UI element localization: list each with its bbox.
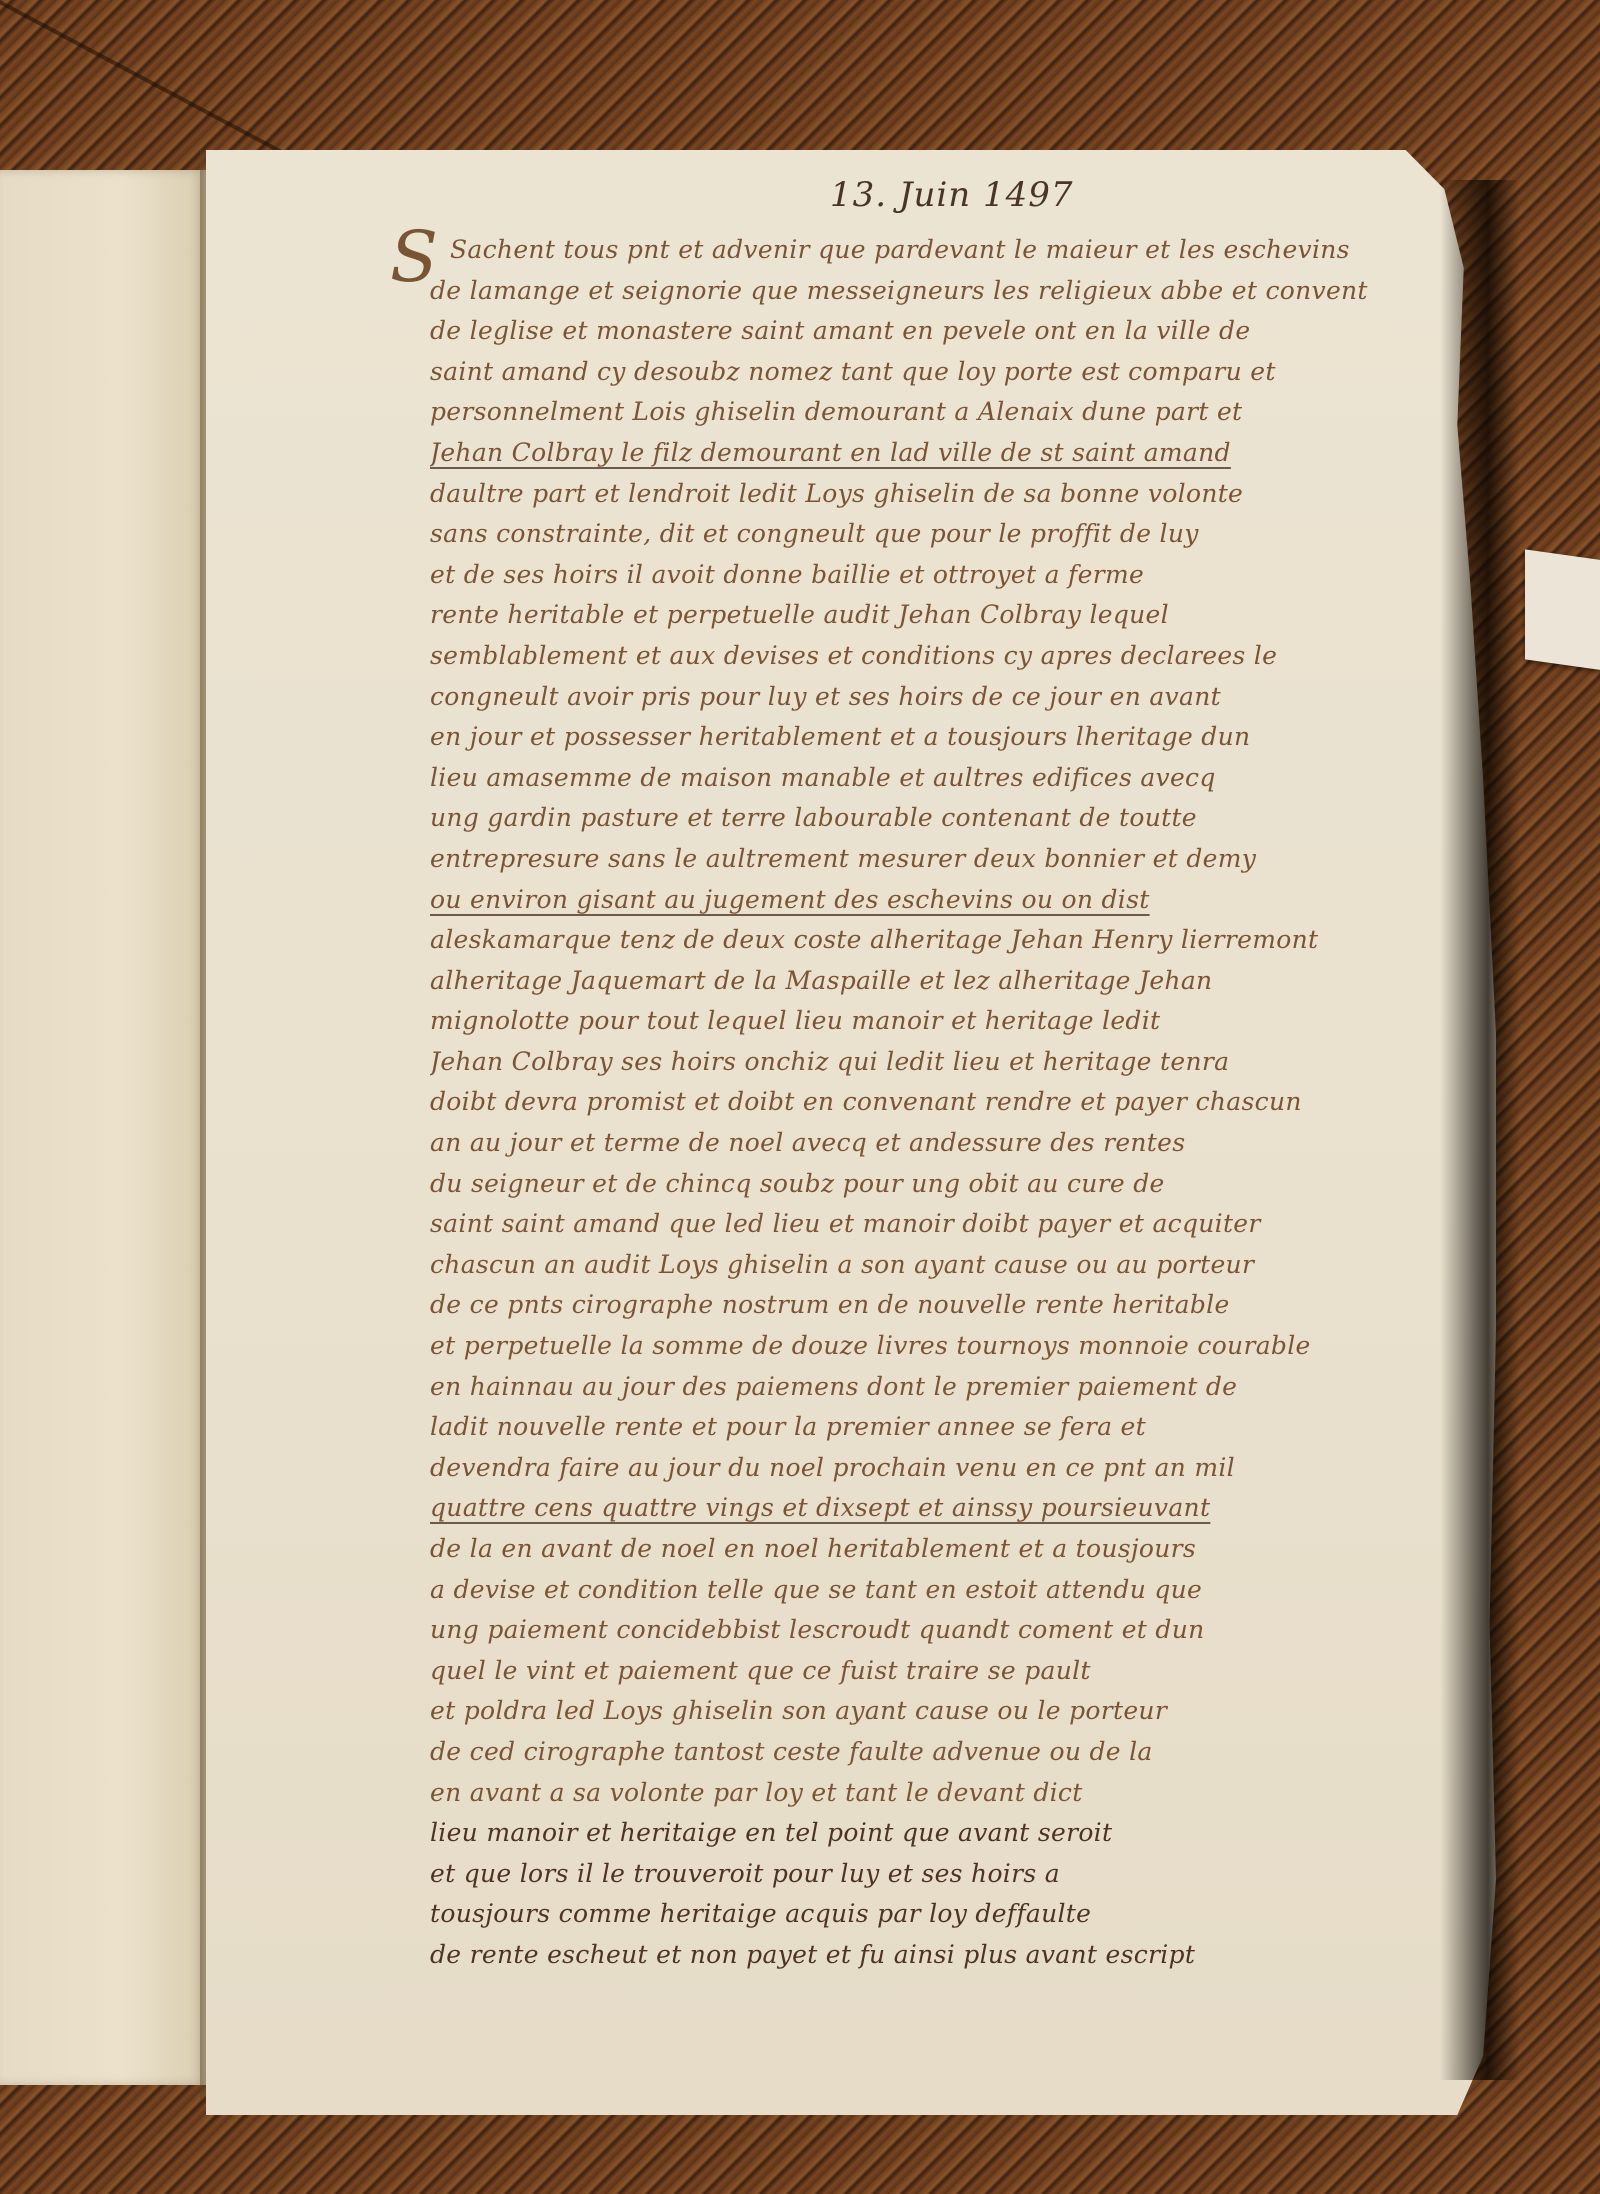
text-line: lieu manoir et heritaige en tel point qu…: [430, 1813, 1475, 1854]
text-line: de leglise et monastere saint amant en p…: [430, 311, 1475, 352]
text-line: saint amand cy desoubz nomez tant que lo…: [430, 352, 1475, 393]
text-line: et poldra led Loys ghiselin son ayant ca…: [430, 1691, 1475, 1732]
text-line: devendra faire au jour du noel prochain …: [430, 1448, 1475, 1489]
text-line: mignolotte pour tout lequel lieu manoir …: [430, 1001, 1475, 1042]
text-line: Sachent tous pnt et advenir que pardevan…: [430, 230, 1475, 271]
text-line: doibt devra promist et doibt en convenan…: [430, 1082, 1475, 1123]
text-line: semblablement et aux devises et conditio…: [430, 636, 1475, 677]
text-line: du seigneur et de chincq soubz pour ung …: [430, 1164, 1475, 1205]
text-line: lieu amasemme de maison manable et aultr…: [430, 758, 1475, 799]
text-line: rente heritable et perpetuelle audit Jeh…: [430, 595, 1475, 636]
text-line: Jehan Colbray le filz demourant en lad v…: [430, 433, 1475, 474]
text-line: an au jour et terme de noel avecq et and…: [430, 1123, 1475, 1164]
text-line: et que lors il le trouveroit pour luy et…: [430, 1854, 1475, 1895]
text-line: de ced cirographe tantost ceste faulte a…: [430, 1732, 1475, 1773]
text-line: ung gardin pasture et terre labourable c…: [430, 798, 1475, 839]
text-line: alheritage Jaquemart de la Maspaille et …: [430, 961, 1475, 1002]
text-line: et perpetuelle la somme de douze livres …: [430, 1326, 1475, 1367]
paper-slip: [1525, 549, 1600, 670]
header-date: 13. Juin 1497: [830, 175, 1074, 215]
left-page: [0, 170, 206, 2085]
text-line: de lamange et seignorie que messeigneurs…: [430, 271, 1475, 312]
text-line: tousjours comme heritaige acquis par loy…: [430, 1894, 1475, 1935]
text-line: chascun an audit Loys ghiselin a son aya…: [430, 1245, 1475, 1286]
text-line: saint saint amand que led lieu et manoir…: [430, 1204, 1475, 1245]
text-line: entrepresure sans le aultrement mesurer …: [430, 839, 1475, 880]
text-line: Jehan Colbray ses hoirs onchiz qui ledit…: [430, 1042, 1475, 1083]
text-line: ung paiement concidebbist lescroudt quan…: [430, 1610, 1475, 1651]
text-line: daultre part et lendroit ledit Loys ghis…: [430, 474, 1475, 515]
text-line: et de ses hoirs il avoit donne baillie e…: [430, 555, 1475, 596]
text-line: personnelment Lois ghiselin demourant a …: [430, 392, 1475, 433]
text-line: ladit nouvelle rente et pour la premier …: [430, 1407, 1475, 1448]
text-line: en avant a sa volonte par loy et tant le…: [430, 1773, 1475, 1814]
text-line: de rente escheut et non payet et fu ains…: [430, 1935, 1475, 1976]
text-line: en hainnau au jour des paiemens dont le …: [430, 1367, 1475, 1408]
text-line: de ce pnts cirographe nostrum en de nouv…: [430, 1285, 1475, 1326]
text-line: congneult avoir pris pour luy et ses hoi…: [430, 677, 1475, 718]
text-line: quel le vint et paiement que ce fuist tr…: [430, 1651, 1475, 1692]
text-line: aleskamarque tenz de deux coste alherita…: [430, 920, 1475, 961]
text-line: sans constrainte, dit et congneult que p…: [430, 514, 1475, 555]
decorated-initial: S: [390, 222, 438, 292]
deed-text: S Sachent tous pnt et advenir que pardev…: [430, 230, 1475, 1976]
text-line: en jour et possesser heritablement et a …: [430, 717, 1475, 758]
text-line: de la en avant de noel en noel heritable…: [430, 1529, 1475, 1570]
text-line: ou environ gisant au jugement des eschev…: [430, 880, 1475, 921]
text-line: a devise et condition telle que se tant …: [430, 1570, 1475, 1611]
text-line: quattre cens quattre vings et dixsept et…: [430, 1488, 1475, 1529]
